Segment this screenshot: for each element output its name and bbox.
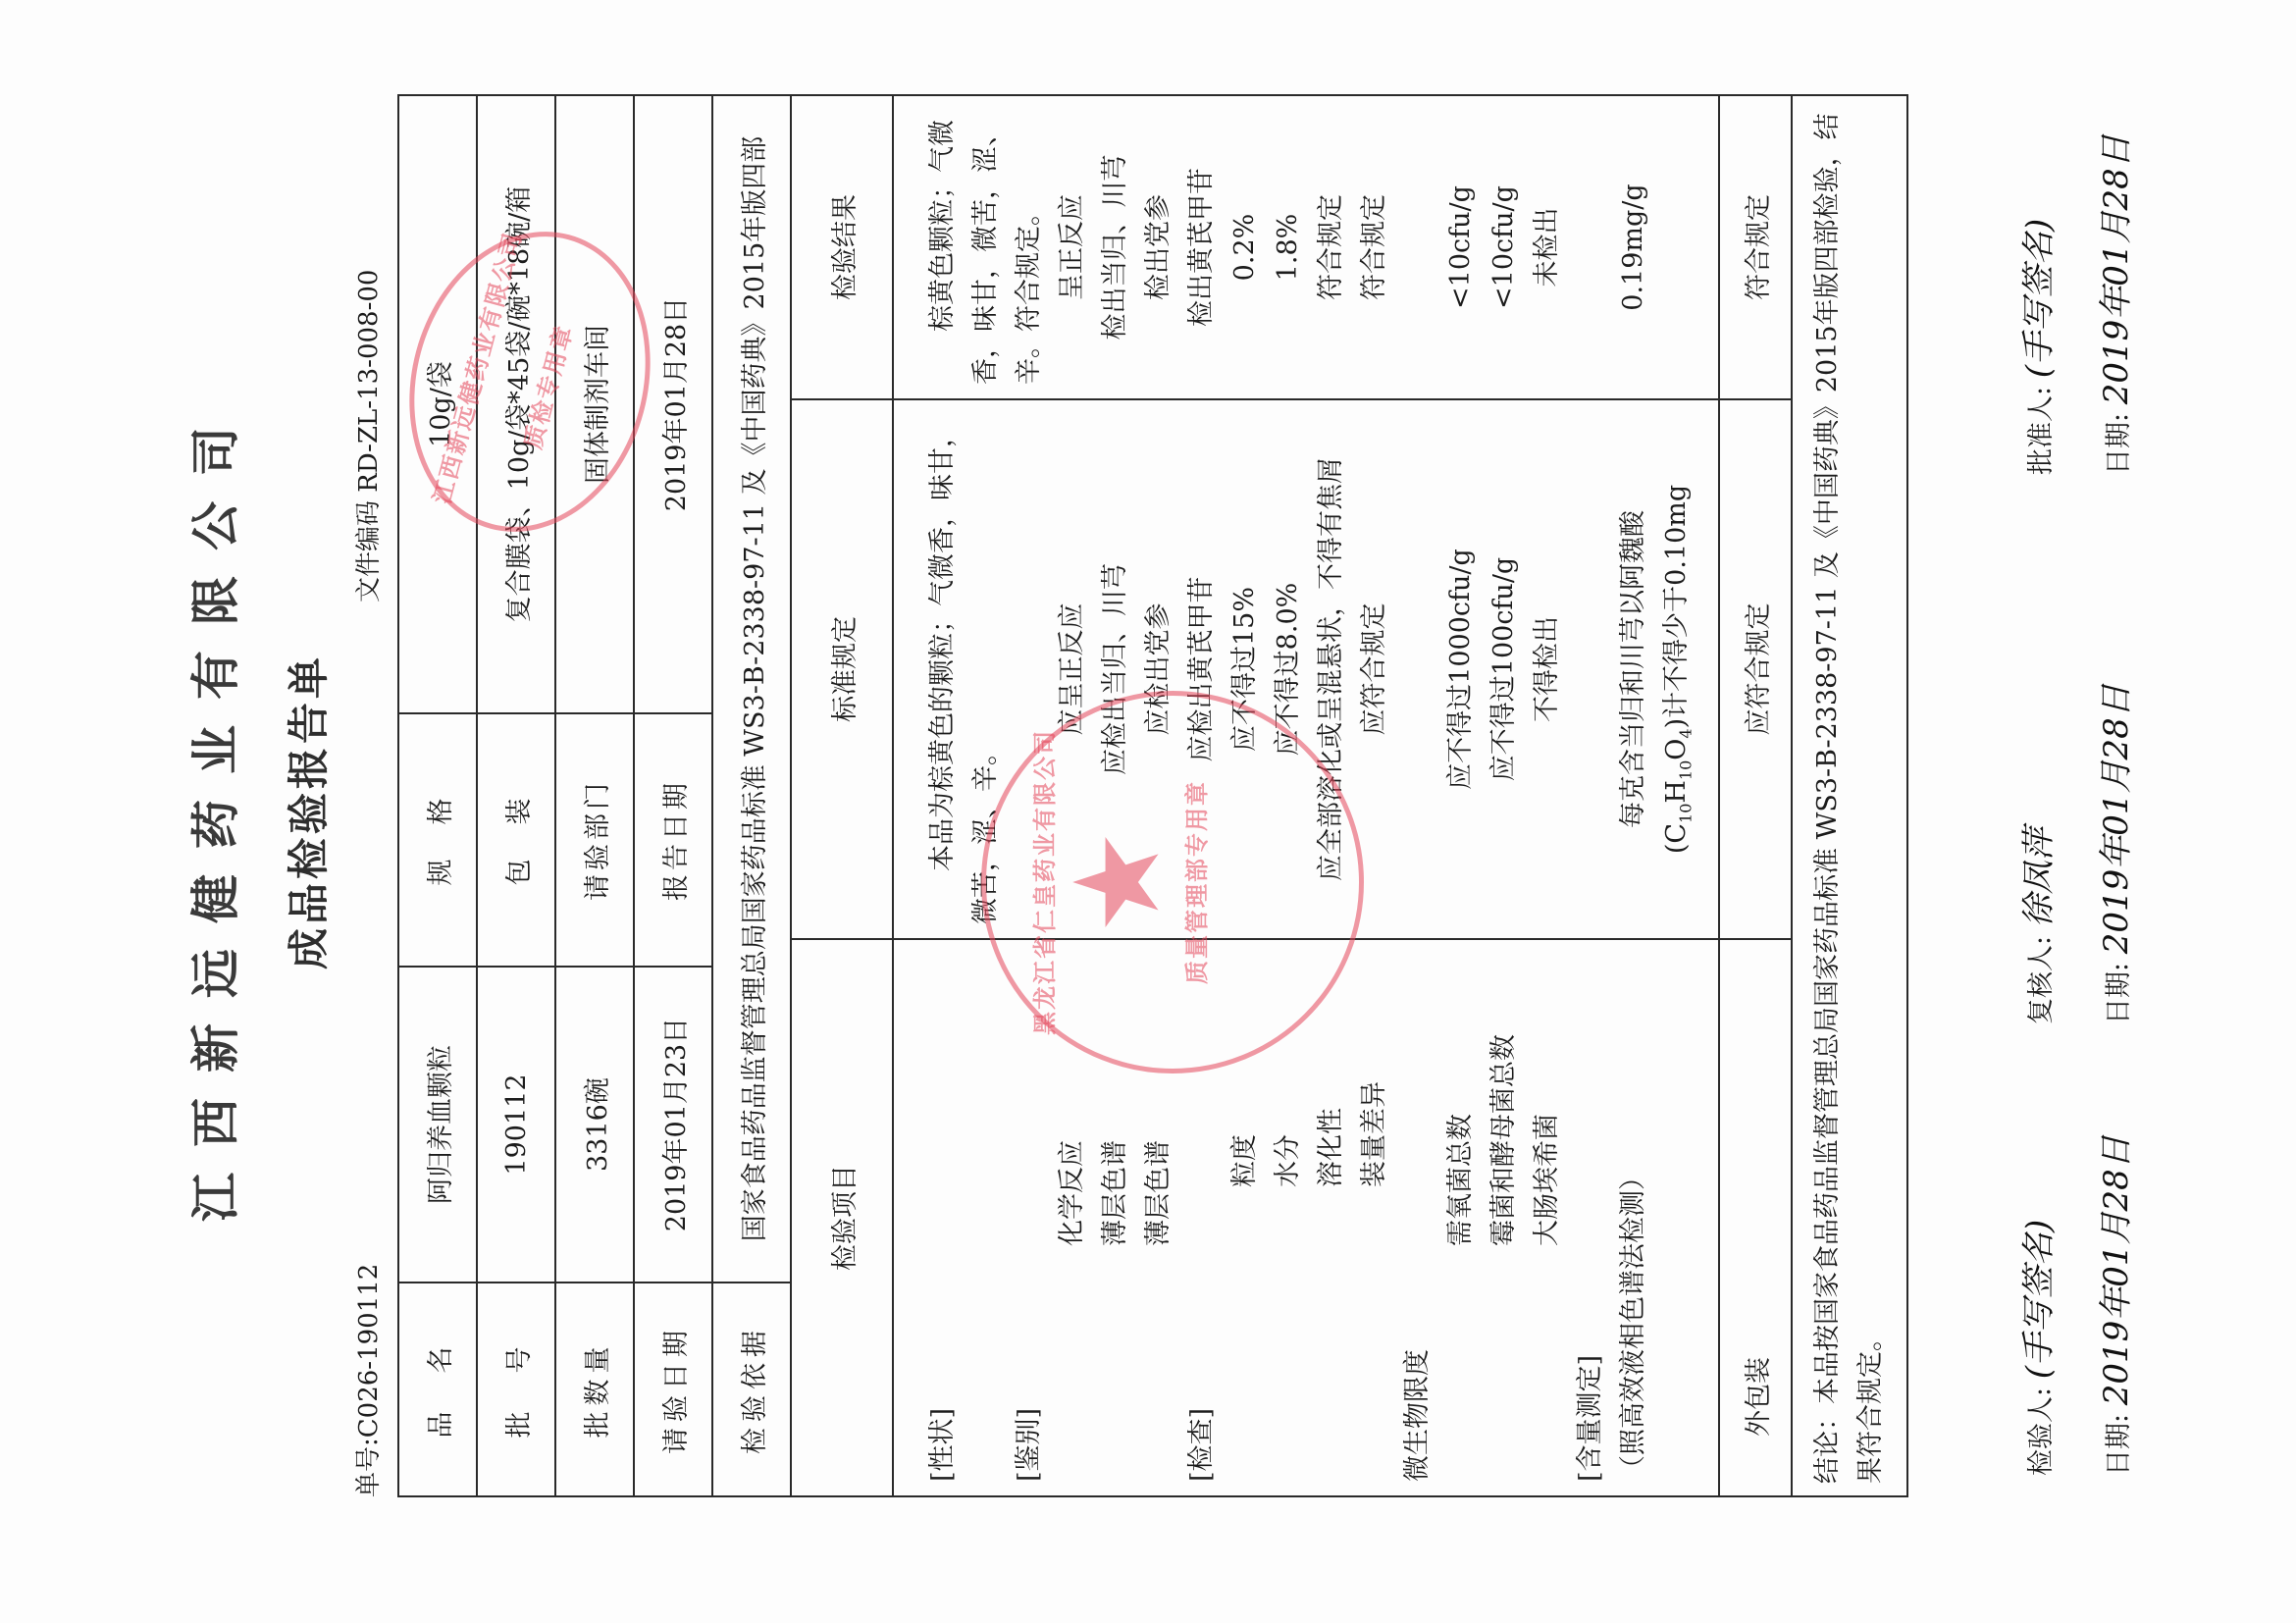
header-standard: 标准规定 [791,399,893,939]
table-row: 外包装 应符合规定 符合规定 [1719,95,1792,1496]
standards-column: 本品为棕黄色的颗粒；气微香，味甘，微苦，涩、辛。 应呈正反应 应检出当归、川芎 … [893,399,1719,939]
assay-method: （照高效液相色谱法检测） [1612,954,1655,1482]
form-number: 单号:C026-190112 [348,1264,385,1497]
report-title: 成品检验报告单 [277,0,336,1623]
product-name-label: 品 名 [398,1283,477,1496]
header-test-item: 检验项目 [791,939,893,1496]
info-row: 批 号 190112 包 装 复合膜袋、10g/袋*45袋/碗*18碗/箱 [477,95,555,1496]
batch-quantity-value: 3316碗 [555,967,634,1283]
list-item: 应呈正反应 [1051,414,1094,924]
inspector-date: 2019年01月28日 [2097,1135,2136,1405]
info-row: 请验日期 2019年01月23日 报告日期 2019年01月28日 [634,95,712,1496]
batch-number-label: 批 号 [477,1283,555,1496]
info-row: 批数量 3316碗 请验部门 固体制剂车间 [555,95,634,1496]
list-item: 应不得过8.0% [1267,414,1310,924]
report-date-value: 2019年01月28日 [634,95,712,713]
inspector-signature: (手写签名) [2019,1220,2059,1380]
outer-package-standard: 应符合规定 [1719,399,1792,939]
request-date-label: 请验日期 [634,1283,712,1496]
list-item: 化学反应 [1051,954,1094,1482]
list-item: (C10H10O4)计不得少于0.10mg [1655,414,1698,924]
list-item: 应不得过1000cfu/g [1439,414,1483,924]
form-number-label: 单号: [354,1438,384,1497]
product-name-value: 阿归养血颗粒 [398,967,477,1283]
product-info-table: 品 名 阿归养血颗粒 规 格 10g/袋 批 号 190112 包 装 复合膜袋… [397,94,792,1497]
test-basis-value: 国家食品药品监督管理总局国家药品标准 WS3-B-2338-97-11 及《中国… [712,95,791,1283]
list-item: 0.2% [1224,110,1267,385]
items-column: [性状] [鉴别] 化学反应 薄层色谱 薄层色谱 [检查] 粒度 水分 溶化性 … [893,939,1719,1496]
section-assay: [含量测定] [1569,954,1612,1482]
test-results-table: 检验项目 标准规定 检验结果 [性状] [鉴别] 化学反应 薄层色谱 薄层色谱 … [790,94,1908,1497]
document-code: 文件编码 RD-ZL-13-008-00 [348,270,385,602]
list-item: 应不得过15% [1224,414,1267,924]
reviewer-date: 2019年01月28日 [2097,684,2136,954]
inspector-label: 检验人: [2026,1387,2057,1476]
approver-date-label: 日期: [2104,413,2134,475]
package-value: 复合膜袋、10g/袋*45袋/碗*18碗/箱 [477,95,555,713]
list-item: 应不得过100cfu/g [1483,414,1526,924]
list-item: 需氧菌总数 [1439,954,1483,1482]
outer-package-item: 外包装 [1719,939,1792,1496]
list-item: 粒度 [1224,954,1267,1482]
list-item: 应符合规定 [1353,414,1396,924]
list-item: 符合规定 [1310,110,1353,385]
list-item: 薄层色谱 [1137,954,1180,1482]
conclusion-text: 结论：本品按国家食品药品监督管理总局国家药品标准 WS3-B-2338-97-1… [1792,95,1907,1496]
table-row: [性状] [鉴别] 化学反应 薄层色谱 薄层色谱 [检查] 粒度 水分 溶化性 … [893,95,1719,1496]
header-result: 检验结果 [791,95,893,399]
list-item: <10cfu/g [1483,110,1526,385]
list-item: 检出黄芪甲苷 [1180,110,1224,385]
request-department-value: 固体制剂车间 [555,95,634,713]
inspector-date-label: 日期: [2104,1414,2134,1476]
section-inspection: [检查] [1180,954,1224,1482]
list-item: 未检出 [1526,110,1569,385]
info-row: 检验依据 国家食品药品监督管理总局国家药品标准 WS3-B-2338-97-11… [712,95,791,1496]
list-item: <10cfu/g [1439,110,1483,385]
approver-label: 批准人: [2026,387,2057,475]
document-code-value: RD-ZL-13-008-00 [354,270,384,493]
inspector-block: 检验人: (手写签名) 日期: 2019年01月28日 [2011,1135,2137,1476]
list-item: 薄层色谱 [1094,954,1137,1482]
list-item: 装量差异 [1353,954,1396,1482]
list-item: 应检出当归、川芎 [1094,414,1137,924]
conclusion-row: 结论：本品按国家食品药品监督管理总局国家药品标准 WS3-B-2338-97-1… [1792,95,1907,1496]
inspection-report-page: 江西新远健药业有限公司 成品检验报告单 单号:C026-190112 文件编码 … [0,0,2296,1623]
spec-value: 10g/袋 [398,95,477,713]
request-department-label: 请验部门 [555,713,634,967]
reviewer-label: 复核人: [2026,936,2057,1024]
reviewer-block: 复核人: 徐凤萍 日期: 2019年01月28日 [2011,684,2137,1024]
reviewer-date-label: 日期: [2104,963,2134,1024]
list-item: 水分 [1267,954,1310,1482]
list-item: 符合规定 [1353,110,1396,385]
info-row: 品 名 阿归养血颗粒 规 格 10g/袋 [398,95,477,1496]
spec-label: 规 格 [398,713,477,967]
list-item: 棕黄色颗粒；气微香，味甘，微苦，涩、辛。符合规定。 [921,110,1008,385]
list-item: 应检出党参 [1137,414,1180,924]
list-item: 检出党参 [1137,110,1180,385]
outer-package-result: 符合规定 [1719,95,1792,399]
section-microbial-limit: 微生物限度 [1396,954,1439,1482]
request-date-value: 2019年01月23日 [634,967,712,1283]
list-item: 霉菌和酵母菌总数 [1483,954,1526,1482]
list-item: 检出当归、川芎 [1094,110,1137,385]
list-item: 呈正反应 [1051,110,1094,385]
package-label: 包 装 [477,713,555,967]
section-appearance: [性状] [921,954,965,1482]
form-number-value: C026-190112 [354,1264,384,1439]
batch-number-value: 190112 [477,967,555,1283]
list-item: 0.19mg/g [1612,110,1655,385]
list-item: 每克含当归和川芎以阿魏酸 [1612,414,1655,924]
list-item: 溶化性 [1310,954,1353,1482]
report-date-label: 报告日期 [634,713,712,967]
list-item: 大肠埃希菌 [1526,954,1569,1482]
document-code-label: 文件编码 [354,500,384,602]
list-item: 不得检出 [1526,414,1569,924]
results-column: 棕黄色颗粒；气微香，味甘，微苦，涩、辛。符合规定。 呈正反应 检出当归、川芎 检… [893,95,1719,399]
list-item: 本品为棕黄色的颗粒；气微香，味甘，微苦，涩、辛。 [921,414,1008,924]
list-item: 应检出黄芪甲苷 [1180,414,1224,924]
section-identification: [鉴别] [1008,954,1051,1482]
approver-block: 批准人: (手写签名) 日期: 2019年01月28日 [2011,134,2137,475]
approver-date: 2019年01月28日 [2097,134,2136,404]
approver-signature: (手写签名) [2019,219,2059,379]
list-item: 1.8% [1267,110,1310,385]
batch-quantity-label: 批数量 [555,1283,634,1496]
test-basis-label: 检验依据 [712,1283,791,1496]
reviewer-signature: 徐凤萍 [2019,827,2059,927]
list-item: 应全部溶化或呈混悬状，不得有焦屑 [1310,414,1353,924]
company-name: 江西新远健药业有限公司 [177,0,247,1623]
table-header-row: 检验项目 标准规定 检验结果 [791,95,893,1496]
